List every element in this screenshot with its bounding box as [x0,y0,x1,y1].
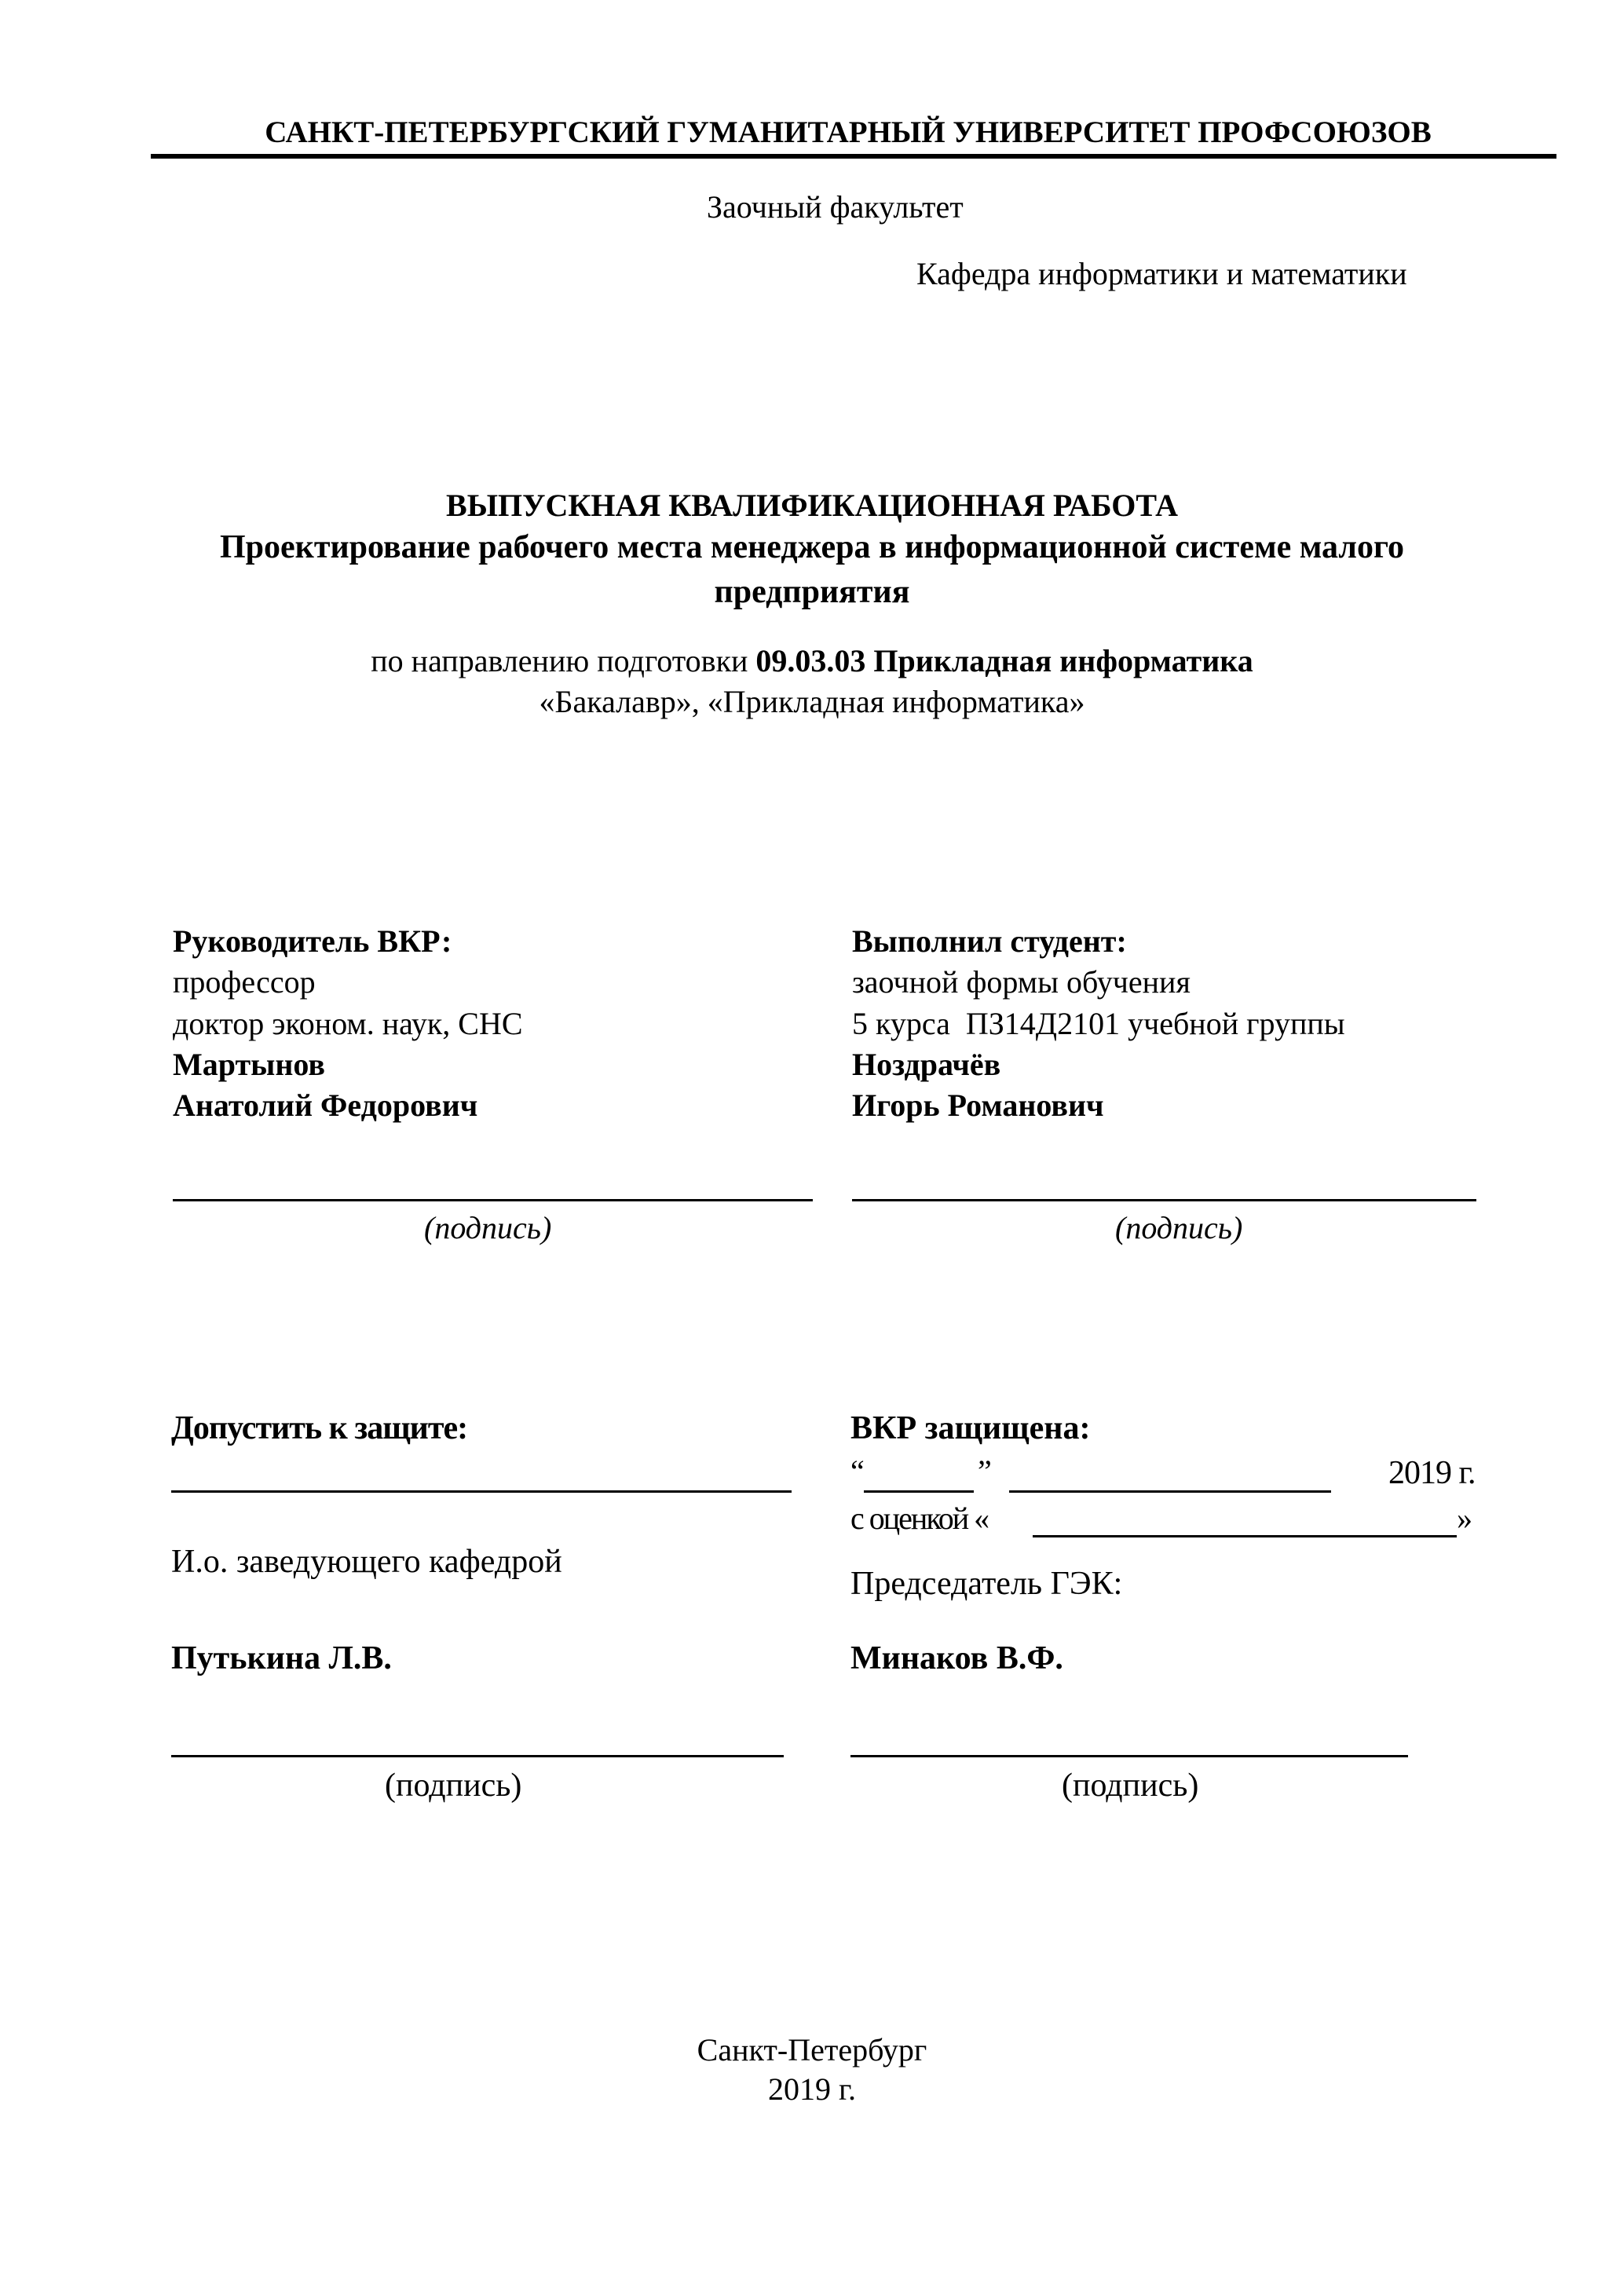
faculty: Заочный факультет [707,188,964,225]
defense-grade-suffix: » [1457,1500,1472,1537]
admission-signature-label: (подпись) [385,1767,521,1804]
admission-signature-line [171,1755,784,1757]
chair-signature-label: (подпись) [1062,1767,1198,1804]
admission-person: Путькина Л.В. [171,1640,392,1677]
degree-line: «Бакалавр», «Прикладная информатика» [0,683,1624,720]
supervisor-signature-label: (подпись) [424,1209,551,1246]
supervisor-name: Анатолий Федорович [173,1087,477,1124]
defense-year: 2019 г. [1388,1454,1476,1492]
student-name: Игорь Романович [852,1087,1104,1124]
defense-heading: ВКР защищена: [850,1409,1090,1447]
department: Кафедра информатики и математики [916,255,1407,292]
defense-month-field [1009,1490,1331,1493]
student-signature-label: (подпись) [1115,1209,1242,1246]
topic-line-1: Проектирование рабочего места менеджера … [0,528,1624,566]
supervisor-heading: Руководитель ВКР: [173,923,452,960]
student-signature-line [852,1199,1476,1201]
defense-grade-field [1033,1535,1457,1537]
student-group: 5 курса ПЗ14Д2101 учебной группы [852,1005,1345,1042]
university-name: САНКТ-ПЕТЕРБУРГСКИЙ ГУМАНИТАРНЫЙ УНИВЕРС… [149,115,1547,150]
supervisor-signature-line [173,1199,813,1201]
topic-line-2: предприятия [0,573,1624,611]
chair-person: Минаков В.Ф. [850,1640,1063,1677]
direction-line: по направлению подготовки 09.03.03 Прикл… [0,642,1624,679]
student-surname: Ноздрачёв [852,1046,1000,1083]
footer-year: 2019 г. [0,2071,1624,2108]
supervisor-position: профессор [173,963,316,1000]
chair-signature-line [850,1755,1408,1757]
supervisor-degree: доктор эконом. наук, СНС [173,1005,523,1042]
defense-grade-prefix: с оценкой « [850,1500,988,1537]
direction-code: 09.03.03 Прикладная информатика [755,643,1253,678]
student-form: заочной формы обучения [852,963,1191,1000]
defense-day-field [864,1490,974,1493]
header-rule [151,154,1556,159]
defense-open-quote: “ [850,1453,865,1490]
admission-heading: Допустить к защите: [171,1409,467,1447]
direction-prefix: по направлению подготовки [371,643,748,678]
admission-line [171,1490,792,1493]
admission-role: И.о. заведующего кафедрой [171,1543,562,1581]
footer-city: Санкт-Петербург [0,2031,1624,2068]
work-type: ВЫПУСКНАЯ КВАЛИФИКАЦИОННАЯ РАБОТА [0,487,1624,524]
chair-role: Председатель ГЭК: [850,1565,1122,1603]
defense-close-quote: ” [978,1453,992,1490]
supervisor-surname: Мартынов [173,1046,325,1083]
student-heading: Выполнил студент: [852,923,1127,960]
